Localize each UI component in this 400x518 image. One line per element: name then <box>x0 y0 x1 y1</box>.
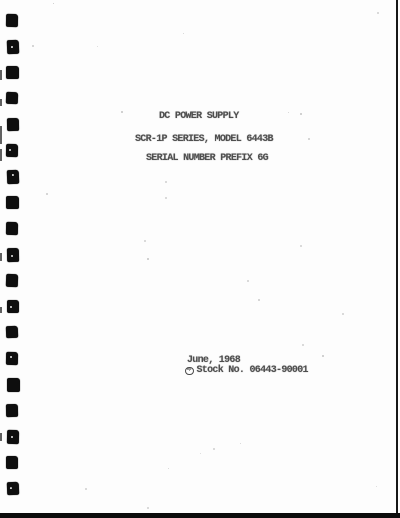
scan-bottom-edge-line <box>0 513 400 518</box>
scan-speck <box>85 488 87 490</box>
stock-number-line: hp Stock No. 06443-90001 <box>185 366 308 376</box>
scan-speck <box>165 197 167 199</box>
binding-hole-mark <box>7 300 19 313</box>
title-line-product: DC POWER SUPPLY <box>159 112 239 122</box>
binding-hole-mark <box>6 456 18 469</box>
scan-speck <box>147 507 149 509</box>
binding-hole-mark <box>6 196 19 209</box>
binding-hole-mark <box>7 170 19 184</box>
binding-hole-mark <box>7 40 19 54</box>
binding-hole-mark <box>7 378 20 392</box>
binding-hole-mark <box>6 92 18 104</box>
binding-hole-mark <box>6 66 19 79</box>
scan-speck <box>213 448 215 450</box>
binding-hole-highlight <box>9 149 11 151</box>
scan-speck <box>53 3 54 4</box>
scan-speck <box>322 355 324 357</box>
scan-speck <box>97 46 98 47</box>
binding-hole-highlight <box>10 487 12 489</box>
binding-hole-highlight <box>10 356 12 358</box>
scan-speck <box>288 112 289 113</box>
scan-speck <box>32 45 34 47</box>
stock-number-text: Stock No. 06443-90001 <box>197 366 308 376</box>
binding-hole-mark <box>7 430 19 444</box>
scan-speck <box>144 240 146 242</box>
scan-speck <box>165 181 167 183</box>
title-line-serial-prefix: SERIAL NUMBER PREFIX 6G <box>146 154 268 164</box>
binding-hole-highlight <box>11 436 13 438</box>
scan-speck <box>168 468 169 469</box>
scan-speck <box>300 113 302 115</box>
scan-speck <box>240 443 241 444</box>
binding-hole-mark <box>6 326 18 338</box>
scan-speck <box>308 138 310 140</box>
left-edge-artifact <box>0 126 2 144</box>
binding-hole-mark <box>6 14 18 27</box>
binding-hole-mark <box>7 248 19 262</box>
scan-speck <box>247 280 249 282</box>
scan-speck <box>200 453 201 454</box>
left-edge-artifact <box>0 149 2 161</box>
scanned-document-page: DC POWER SUPPLY SCR-1P SERIES, MODEL 644… <box>0 0 400 518</box>
scan-speck <box>183 33 184 34</box>
left-edge-artifact <box>0 253 2 261</box>
left-edge-artifact <box>0 307 2 313</box>
hp-logo-icon: hp <box>185 367 194 376</box>
scan-speck <box>121 111 123 113</box>
binding-hole-mark <box>7 482 19 495</box>
binding-hole-mark <box>6 274 18 287</box>
scan-speck <box>147 258 149 260</box>
binding-hole-mark <box>7 118 19 131</box>
binding-hole-mark <box>6 222 18 235</box>
title-line-model: SCR-1P SERIES, MODEL 6443B <box>135 135 273 145</box>
left-edge-artifact <box>0 433 2 441</box>
left-edge-artifact <box>0 70 2 80</box>
scan-speck <box>46 193 48 195</box>
scan-speck <box>300 245 302 247</box>
binding-hole-mark <box>6 352 18 365</box>
scan-speck <box>342 313 344 315</box>
scan-speck <box>376 486 377 487</box>
scan-speck <box>302 344 304 346</box>
scan-speck <box>258 299 260 301</box>
scan-right-edge-line <box>396 0 398 518</box>
binding-hole-highlight <box>12 174 14 176</box>
left-edge-artifact <box>0 99 2 106</box>
scan-speck <box>377 12 379 14</box>
binding-hole-highlight <box>10 306 12 308</box>
binding-hole-highlight <box>11 46 13 48</box>
binding-hole-mark <box>6 144 18 157</box>
binding-hole-highlight <box>11 255 13 257</box>
binding-hole-mark <box>6 404 18 417</box>
